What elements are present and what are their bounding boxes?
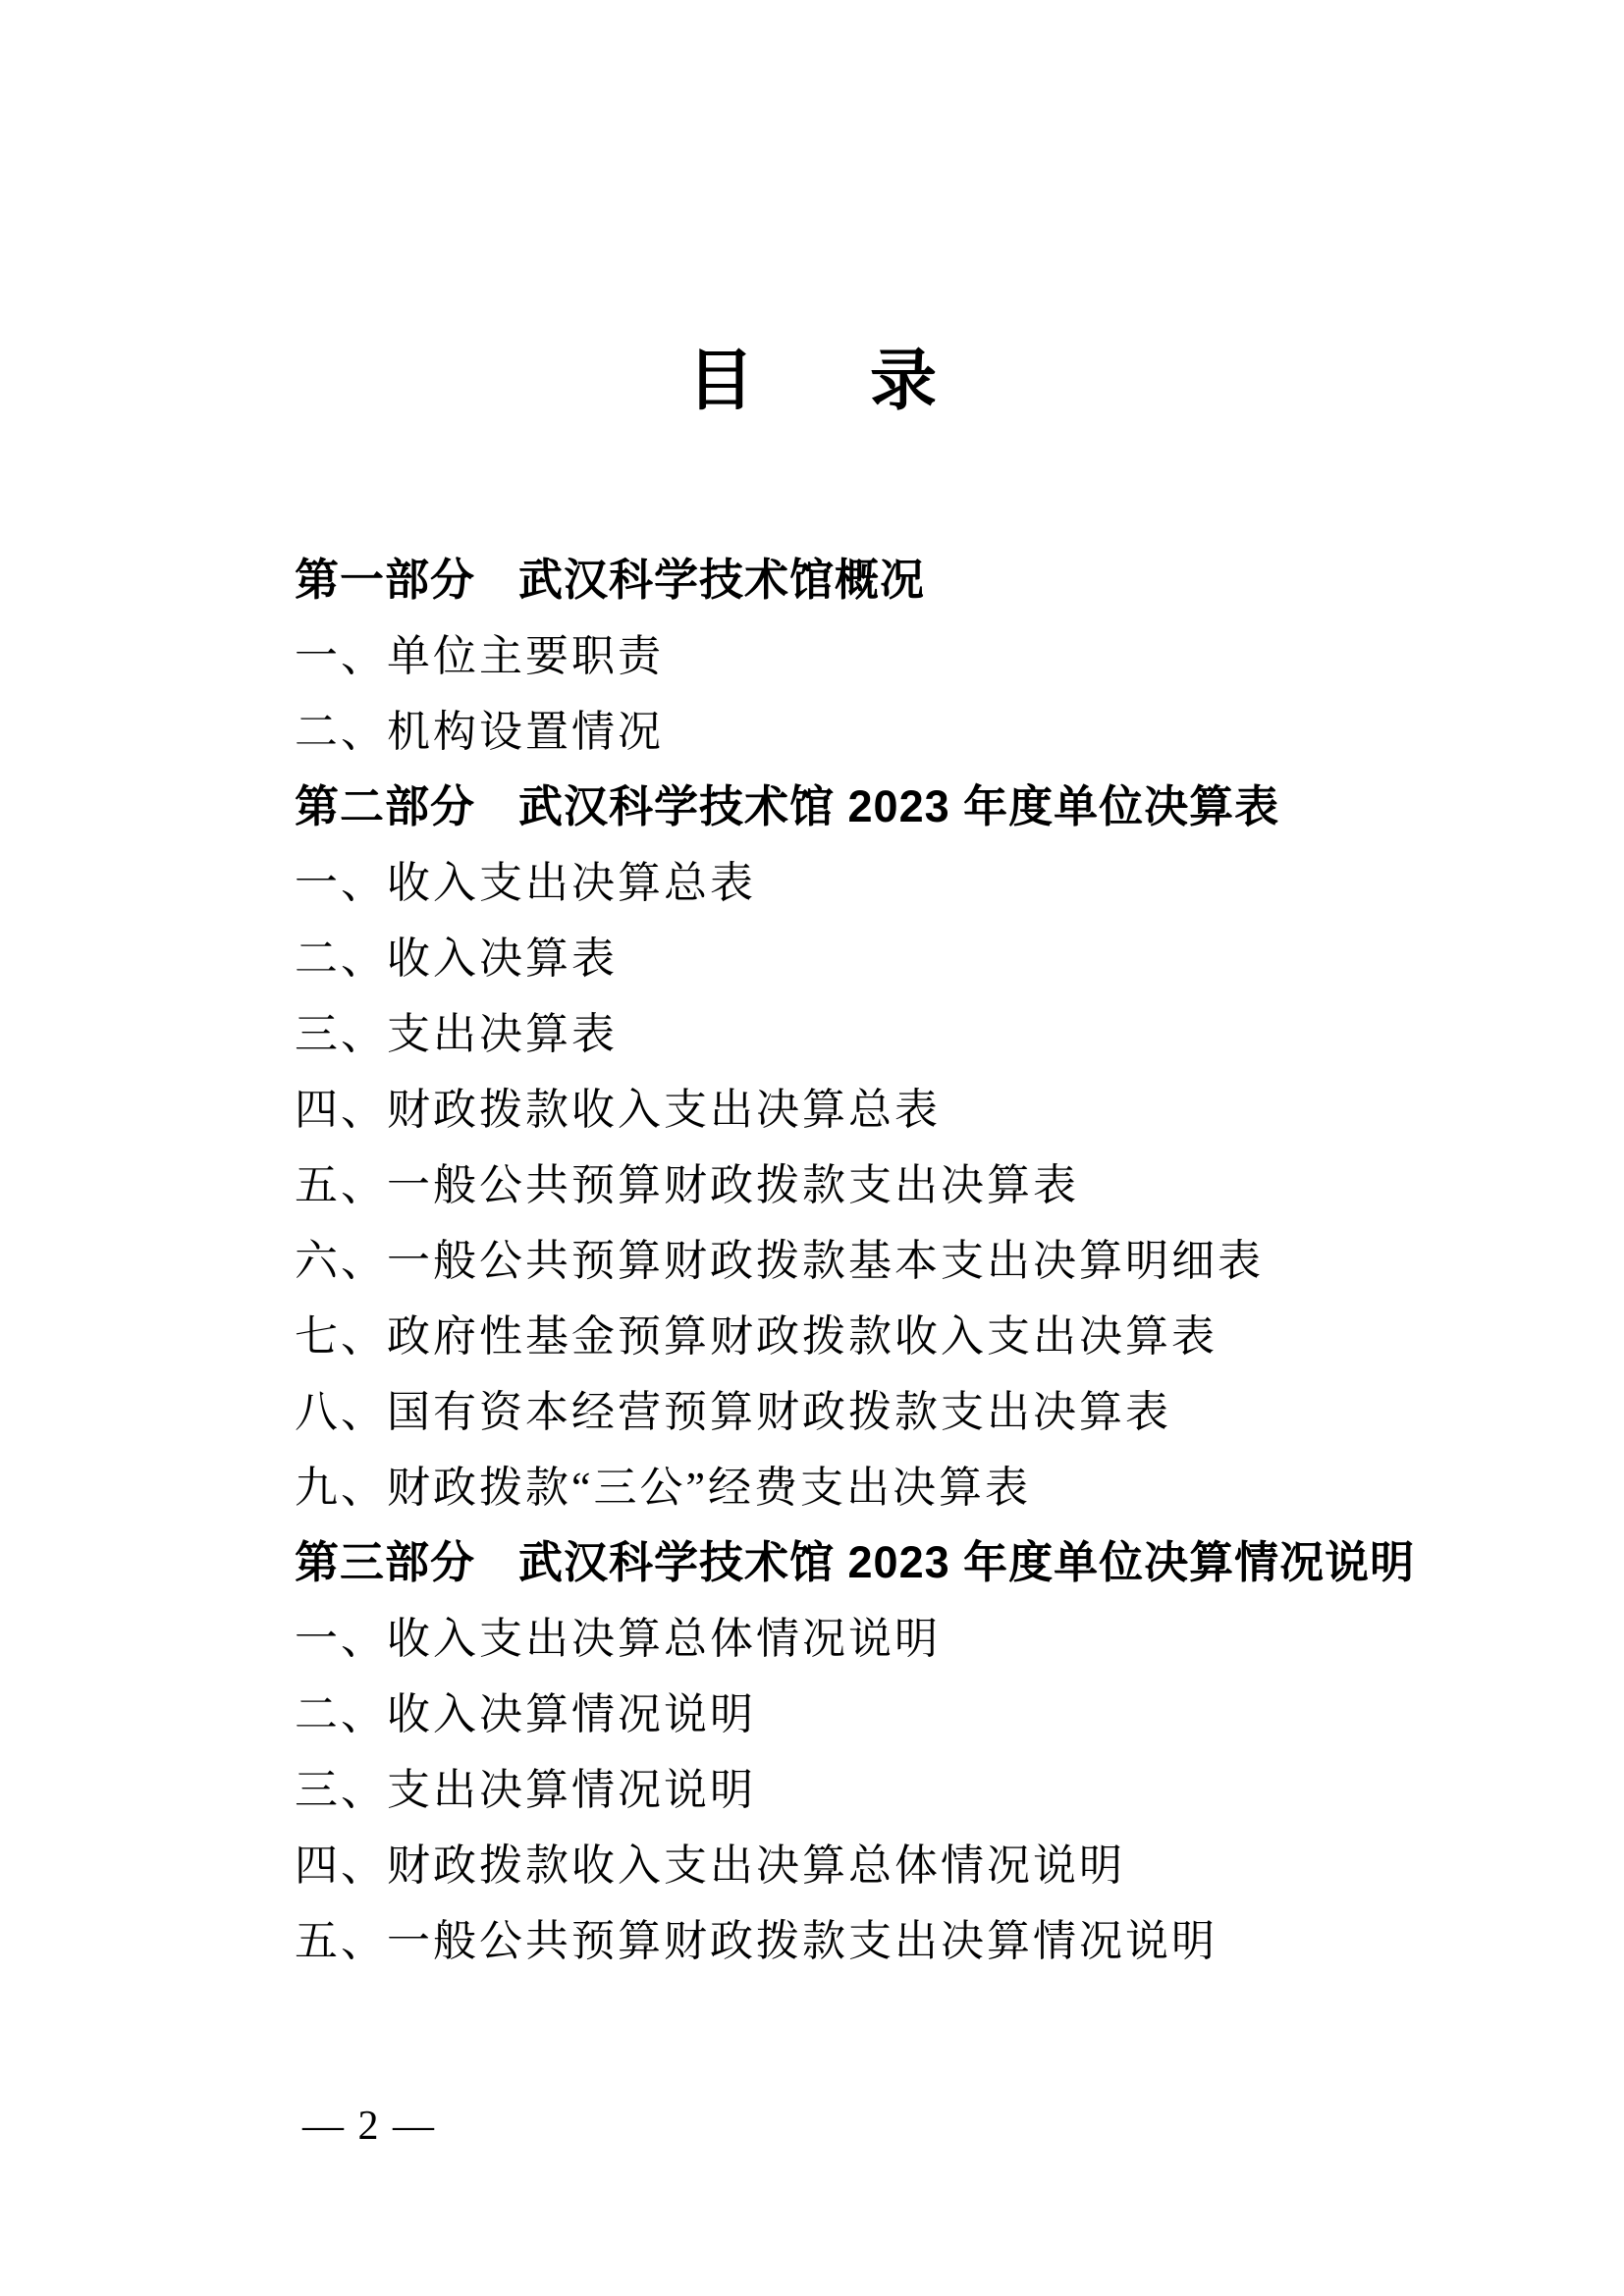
toc-item: 四、财政拨款收入支出决算总体情况说明 <box>295 1823 1477 1898</box>
section-1-label: 第一部分 <box>295 544 475 608</box>
toc-item: 六、一般公共预算财政拨款基本支出决算明细表 <box>295 1218 1477 1294</box>
toc-section-3-heading: 第三部分武汉科学技术馆 2023 年度单位决算情况说明 <box>295 1521 1477 1596</box>
toc-item: 九、财政拨款“三公”经费支出决算表 <box>295 1445 1477 1521</box>
toc-item: 五、一般公共预算财政拨款支出决算表 <box>295 1143 1477 1218</box>
section-1-title: 武汉科学技术馆概况 <box>518 544 925 608</box>
toc-item: 八、国有资本经营预算财政拨款支出决算表 <box>295 1369 1477 1445</box>
toc-item: 二、收入决算表 <box>295 916 1477 991</box>
toc-item: 七、政府性基金预算财政拨款收入支出决算表 <box>295 1294 1477 1369</box>
toc-item: 一、收入支出决算总表 <box>295 840 1477 916</box>
toc-item: 三、支出决算表 <box>295 991 1477 1067</box>
toc-item: 一、收入支出决算总体情况说明 <box>295 1596 1477 1672</box>
document-page: 目录 第一部分武汉科学技术馆概况 一、单位主要职责 二、机构设置情况 第二部分武… <box>0 0 1624 2296</box>
toc-item: 一、单位主要职责 <box>295 614 1477 689</box>
page-footer: — 2 — <box>253 2044 436 2209</box>
toc-section-2-heading: 第二部分武汉科学技术馆 2023 年度单位决算表 <box>295 765 1477 840</box>
toc-item: 二、机构设置情况 <box>295 689 1477 765</box>
page-number: — 2 — <box>302 2104 436 2149</box>
page-title: 目录 <box>0 344 1624 418</box>
toc-item: 五、一般公共预算财政拨款支出决算情况说明 <box>295 1898 1477 1974</box>
section-3-title: 武汉科学技术馆 2023 年度单位决算情况说明 <box>518 1526 1415 1590</box>
toc-item: 四、财政拨款收入支出决算总表 <box>295 1067 1477 1143</box>
toc-section-1-heading: 第一部分武汉科学技术馆概况 <box>295 538 1477 614</box>
title-char-mu: 目 <box>687 344 754 418</box>
toc-item: 三、支出决算情况说明 <box>295 1747 1477 1823</box>
toc-item: 二、收入决算情况说明 <box>295 1672 1477 1747</box>
section-2-label: 第二部分 <box>295 771 475 834</box>
section-3-label: 第三部分 <box>295 1526 475 1590</box>
section-2-title: 武汉科学技术馆 2023 年度单位决算表 <box>518 771 1279 834</box>
title-char-lu: 录 <box>870 344 937 418</box>
table-of-contents: 第一部分武汉科学技术馆概况 一、单位主要职责 二、机构设置情况 第二部分武汉科学… <box>295 538 1477 1974</box>
